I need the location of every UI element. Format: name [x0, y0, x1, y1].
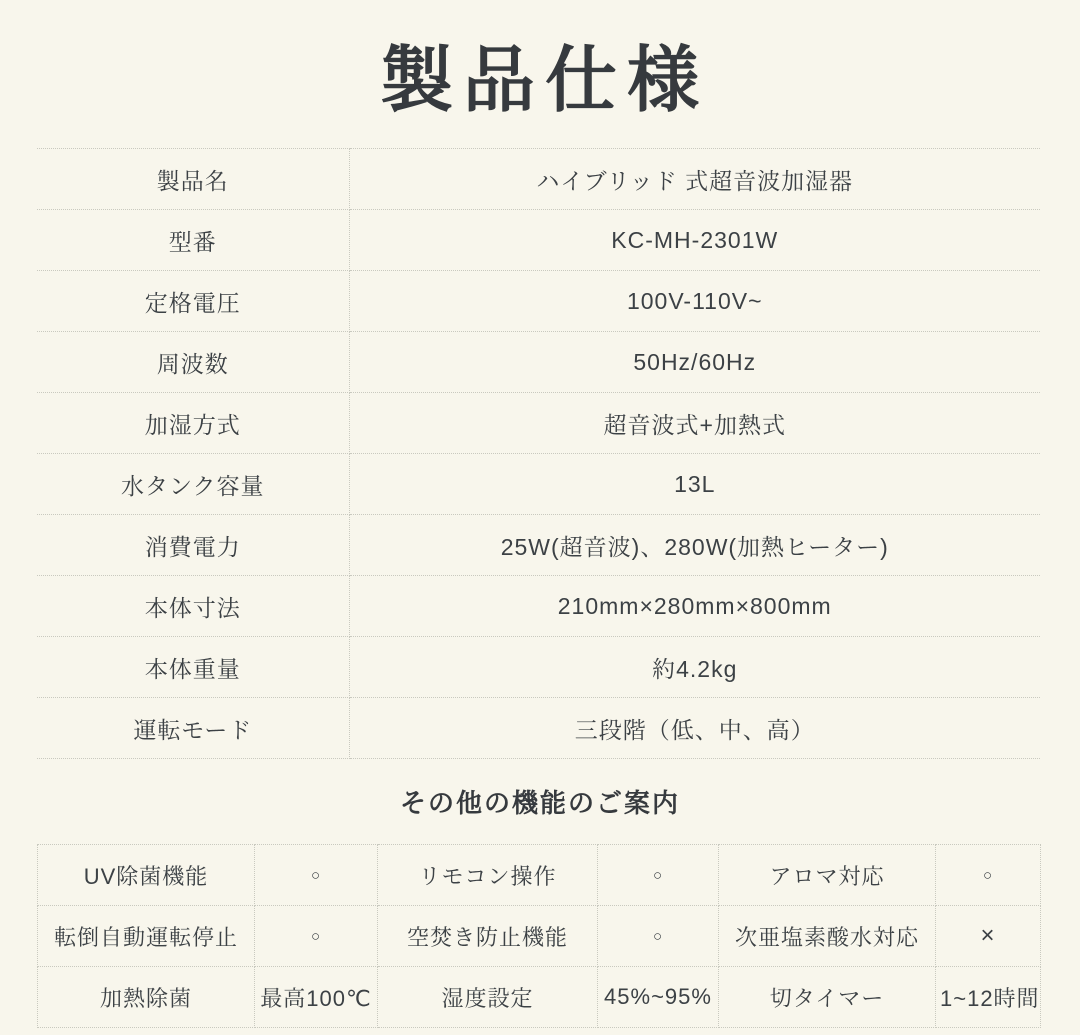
- feature-label: アロマ対応: [719, 845, 936, 906]
- feature-label: 次亜塩素酸水対応: [719, 906, 936, 967]
- feature-label: 切タイマー: [719, 967, 936, 1028]
- spec-value: 13L: [349, 454, 1040, 515]
- features-subtitle: その他の機能のご案内: [0, 759, 1080, 844]
- circle-mark: ○: [255, 845, 378, 906]
- spec-value: 超音波式+加熱式: [349, 393, 1040, 454]
- feature-label: 転倒自動運転停止: [38, 906, 255, 967]
- spec-label: 定格電圧: [37, 271, 349, 332]
- spec-value: 50Hz/60Hz: [349, 332, 1040, 393]
- feature-value: 45%~95%: [598, 967, 719, 1028]
- spec-row-weight: 本体重量 約4.2kg: [37, 637, 1040, 698]
- cross-mark: ×: [936, 906, 1041, 967]
- feature-value: 1~12時間: [936, 967, 1041, 1028]
- circle-mark: ○: [255, 906, 378, 967]
- page-title: 製品仕様: [0, 0, 1080, 148]
- spec-table: 製品名 ハイブリッド 式超音波加湿器 型番 KC-MH-2301W 定格電圧 1…: [37, 148, 1040, 759]
- spec-label: 型番: [37, 210, 349, 271]
- spec-value: 約4.2kg: [349, 637, 1040, 698]
- spec-value: ハイブリッド 式超音波加湿器: [349, 149, 1040, 210]
- spec-row-humidify-method: 加湿方式 超音波式+加熱式: [37, 393, 1040, 454]
- spec-row-product-name: 製品名 ハイブリッド 式超音波加湿器: [37, 149, 1040, 210]
- feature-row-3: 加熱除菌 最高100℃ 湿度設定 45%~95% 切タイマー 1~12時間: [38, 967, 1041, 1028]
- spec-label: 加湿方式: [37, 393, 349, 454]
- product-spec-page: 製品仕様 製品名 ハイブリッド 式超音波加湿器 型番 KC-MH-2301W 定…: [0, 0, 1080, 1028]
- spec-value: 100V-110V~: [349, 271, 1040, 332]
- spec-label: 消費電力: [37, 515, 349, 576]
- spec-row-rated-voltage: 定格電圧 100V-110V~: [37, 271, 1040, 332]
- spec-label: 水タンク容量: [37, 454, 349, 515]
- spec-value: 25W(超音波)、280W(加熱ヒーター): [349, 515, 1040, 576]
- spec-row-tank-capacity: 水タンク容量 13L: [37, 454, 1040, 515]
- circle-mark: ○: [598, 845, 719, 906]
- feature-label: UV除菌機能: [38, 845, 255, 906]
- spec-value: KC-MH-2301W: [349, 210, 1040, 271]
- spec-value: 210mm×280mm×800mm: [349, 576, 1040, 637]
- feature-label: 加熱除菌: [38, 967, 255, 1028]
- spec-value: 三段階（低、中、高）: [349, 698, 1040, 759]
- circle-mark: ○: [936, 845, 1041, 906]
- feature-label: 空焚き防止機能: [378, 906, 598, 967]
- spec-label: 本体寸法: [37, 576, 349, 637]
- feature-value: 最高100℃: [255, 967, 378, 1028]
- spec-label: 製品名: [37, 149, 349, 210]
- spec-label: 周波数: [37, 332, 349, 393]
- spec-row-dimensions: 本体寸法 210mm×280mm×800mm: [37, 576, 1040, 637]
- spec-row-operation-mode: 運転モード 三段階（低、中、高）: [37, 698, 1040, 759]
- feature-row-1: UV除菌機能 ○ リモコン操作 ○ アロマ対応 ○: [38, 845, 1041, 906]
- spec-label: 運転モード: [37, 698, 349, 759]
- features-table: UV除菌機能 ○ リモコン操作 ○ アロマ対応 ○ 転倒自動運転停止 ○ 空焚き…: [37, 844, 1041, 1028]
- circle-mark: ○: [598, 906, 719, 967]
- spec-row-frequency: 周波数 50Hz/60Hz: [37, 332, 1040, 393]
- feature-label: リモコン操作: [378, 845, 598, 906]
- spec-row-power-consumption: 消費電力 25W(超音波)、280W(加熱ヒーター): [37, 515, 1040, 576]
- spec-label: 本体重量: [37, 637, 349, 698]
- feature-label: 湿度設定: [378, 967, 598, 1028]
- spec-row-model-number: 型番 KC-MH-2301W: [37, 210, 1040, 271]
- feature-row-2: 転倒自動運転停止 ○ 空焚き防止機能 ○ 次亜塩素酸水対応 ×: [38, 906, 1041, 967]
